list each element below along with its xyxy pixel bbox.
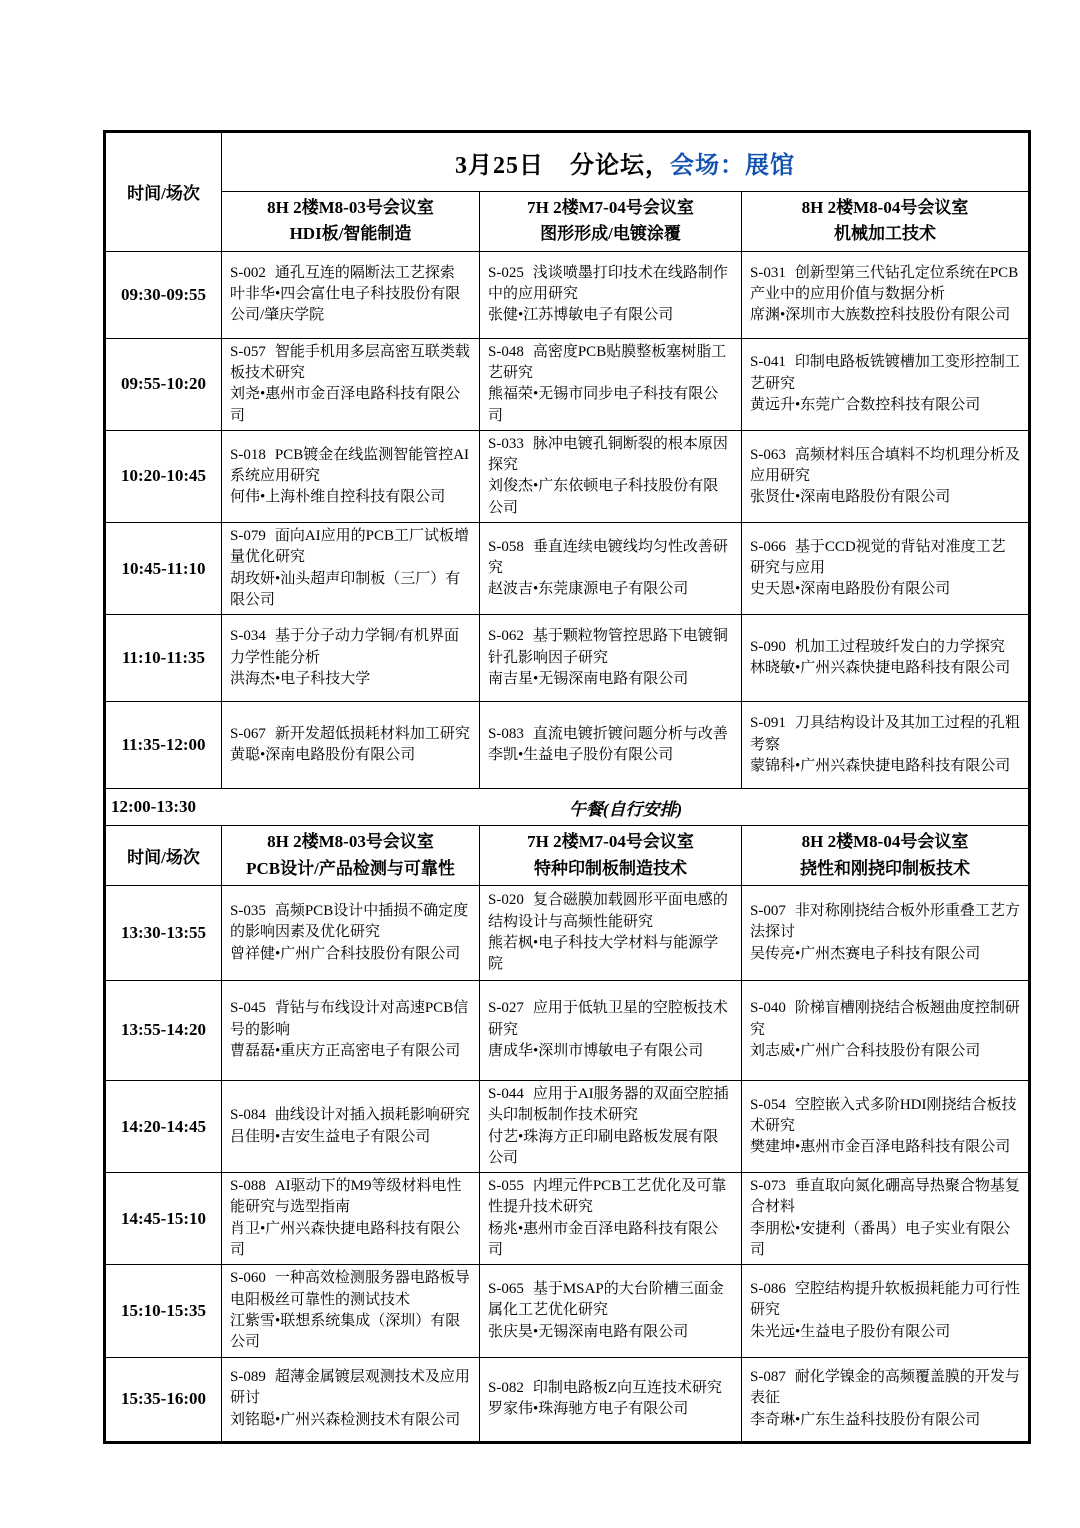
talk-code: S-034 [230, 628, 266, 644]
talk-title: 创新型第三代钻孔定位系统在PCB产业中的应用价值与数据分析 [750, 265, 1018, 302]
title-venue: 会场：展馆 [670, 153, 795, 179]
talk-code: S-090 [750, 639, 786, 655]
talk-speaker: 李奇琳•广东生益科技股份有限公司 [750, 1410, 1020, 1431]
talk-title: 基于CCD视觉的背钻对准度工艺研究与应用 [750, 539, 1006, 576]
talk-title-line: S-031创新型第三代钻孔定位系统在PCB产业中的应用价值与数据分析 [750, 263, 1020, 306]
talk-speaker: 叶非华•四会富仕电子科技股份有限公司/肇庆学院 [230, 284, 471, 327]
room-name: 7H 2楼M7-04号会议室 [488, 195, 733, 221]
talk-title-line: S-033脉冲电镀孔铜断裂的根本原因探究 [488, 434, 733, 477]
talk-title: 应用于AI服务器的双面空腔插头印制板制作技术研究 [488, 1086, 729, 1123]
talk-title: 耐化学镍金的高频覆盖膜的开发与表征 [750, 1369, 1020, 1406]
talk-cell: S-087耐化学镍金的高频覆盖膜的开发与表征 李奇琳•广东生益科技股份有限公司 [742, 1357, 1030, 1442]
talk-title-line: S-040阶梯盲槽刚挠结合板翘曲度控制研究 [750, 998, 1020, 1041]
talk-speaker: 李朋松•安捷利（番禺）电子实业有限公司 [750, 1219, 1020, 1262]
talk-code: S-055 [488, 1178, 524, 1194]
talk-title: 空腔结构提升软板损耗能力可行性研究 [750, 1281, 1020, 1318]
talk-speaker: 林晓敏•广州兴森快捷电路科技有限公司 [750, 658, 1020, 679]
room-topic: PCB设计/产品检测与可靠性 [230, 856, 471, 882]
talk-title-line: S-034基于分子动力学铜/有机界面力学性能分析 [230, 626, 471, 669]
room-header: 8H 2楼M8-03号会议室 PCB设计/产品检测与可靠性 [222, 826, 480, 886]
talk-cell: S-066基于CCD视觉的背钻对准度工艺研究与应用 史天恩•深南电路股份有限公司 [742, 523, 1030, 615]
talk-title: 直流电镀折镀问题分析与改善 [533, 726, 728, 742]
talk-code: S-027 [488, 1000, 524, 1016]
talk-cell: S-040阶梯盲槽刚挠结合板翘曲度控制研究 刘志威•广州广合科技股份有限公司 [742, 980, 1030, 1080]
talk-speaker: 付艺•珠海方正印刷电路板发展有限公司 [488, 1127, 733, 1170]
talk-code: S-002 [230, 265, 266, 281]
talk-title: 垂直取向氮化硼高导热聚合物基复合材料 [750, 1178, 1020, 1215]
talk-title-line: S-020复合磁膜加载圆形平面电感的结构设计与高频性能研究 [488, 890, 733, 933]
title-row: 时间/场次 3月25日分论坛，会场：展馆 [105, 132, 1030, 192]
talk-title-line: S-054空腔嵌入式多阶HDI刚挠结合板技术研究 [750, 1095, 1020, 1138]
talk-cell: S-007非对称刚挠结合板外形重叠工艺方法探讨 吴传亮•广州杰赛电子科技有限公司 [742, 885, 1030, 980]
talk-code: S-065 [488, 1281, 524, 1297]
talk-speaker: 李凯•生益电子股份有限公司 [488, 745, 733, 766]
talk-code: S-058 [488, 539, 524, 555]
schedule-table: 时间/场次 3月25日分论坛，会场：展馆 8H 2楼M8-03号会议室 HDI板… [103, 130, 1031, 1444]
session-row: 14:45-15:10 S-088AI驱动下的M9等级材料电性能研究与选型指南 … [105, 1173, 1030, 1265]
talk-title-line: S-062基于颗粒物管控思路下电镀铜针孔影响因子研究 [488, 626, 733, 669]
talk-speaker: 张健•江苏博敏电子有限公司 [488, 305, 733, 326]
talk-title-line: S-044应用于AI服务器的双面空腔插头印制板制作技术研究 [488, 1084, 733, 1127]
room-topic: HDI板/智能制造 [230, 221, 471, 247]
talk-cell: S-054空腔嵌入式多阶HDI刚挠结合板技术研究 樊建坤•惠州市金百泽电路科技有… [742, 1080, 1030, 1172]
talk-title-line: S-018PCB镀金在线监测智能管控AI系统应用研究 [230, 445, 471, 488]
time-slot: 11:35-12:00 [105, 702, 222, 789]
conference-schedule-page: 时间/场次 3月25日分论坛，会场：展馆 8H 2楼M8-03号会议室 HDI板… [0, 0, 1080, 1528]
talk-code: S-044 [488, 1086, 524, 1102]
talk-speaker: 洪海杰•电子科技大学 [230, 669, 471, 690]
talk-code: S-084 [230, 1107, 266, 1123]
page-title: 3月25日分论坛，会场：展馆 [222, 132, 1030, 192]
time-slot: 14:45-15:10 [105, 1173, 222, 1265]
talk-code: S-083 [488, 726, 524, 742]
talk-title-line: S-087耐化学镍金的高频覆盖膜的开发与表征 [750, 1367, 1020, 1410]
talk-cell: S-082印制电路板Z向互连技术研究 罗家伟•珠海驰方电子有限公司 [480, 1357, 742, 1442]
talk-code: S-073 [750, 1178, 786, 1194]
room-name: 7H 2楼M7-04号会议室 [488, 829, 733, 855]
talk-cell: S-002通孔互连的隔断法工艺探索 叶非华•四会富仕电子科技股份有限公司/肇庆学… [222, 251, 480, 338]
talk-title-line: S-058垂直连续电镀线均匀性改善研究 [488, 537, 733, 580]
talk-code: S-007 [750, 903, 786, 919]
talk-title: 阶梯盲槽刚挠结合板翘曲度控制研究 [750, 1000, 1020, 1037]
talk-speaker: 史天恩•深南电路股份有限公司 [750, 579, 1020, 600]
talk-cell: S-089超薄金属镀层观测技术及应用研讨 刘铭聪•广州兴森检测技术有限公司 [222, 1357, 480, 1442]
session-row: 11:10-11:35 S-034基于分子动力学铜/有机界面力学性能分析 洪海杰… [105, 615, 1030, 702]
talk-title-line: S-065基于MSAP的大台阶槽三面金属化工艺优化研究 [488, 1279, 733, 1322]
talk-speaker: 刘志威•广州广合科技股份有限公司 [750, 1041, 1020, 1062]
talk-cell: S-090机加工过程玻纤发白的力学探究 林晓敏•广州兴森快捷电路科技有限公司 [742, 615, 1030, 702]
talk-speaker: 唐成华•深圳市博敏电子有限公司 [488, 1041, 733, 1062]
time-slot: 10:45-11:10 [105, 523, 222, 615]
time-slot: 09:55-10:20 [105, 338, 222, 430]
lunch-time: 12:00-13:30 [111, 797, 196, 817]
talk-code: S-067 [230, 726, 266, 742]
talk-title: 印制电路板Z向互连技术研究 [533, 1380, 722, 1396]
talk-cell: S-025浅谈喷墨打印技术在线路制作中的应用研究 张健•江苏博敏电子有限公司 [480, 251, 742, 338]
talk-title-line: S-073垂直取向氮化硼高导热聚合物基复合材料 [750, 1176, 1020, 1219]
session-row: 09:55-10:20 S-057智能手机用多层高密互联类载板技术研究 刘尧•惠… [105, 338, 1030, 430]
talk-cell: S-035高频PCB设计中插损不确定度的影响因素及优化研究 曾祥健•广州广合科技… [222, 885, 480, 980]
talk-title-line: S-041印制电路板铣镀槽加工变形控制工艺研究 [750, 352, 1020, 395]
room-topic: 机械加工技术 [750, 221, 1020, 247]
talk-cell: S-018PCB镀金在线监测智能管控AI系统应用研究 何伟•上海朴维自控科技有限… [222, 430, 480, 522]
talk-title: 非对称刚挠结合板外形重叠工艺方法探讨 [750, 903, 1020, 940]
talk-speaker: 吴传亮•广州杰赛电子科技有限公司 [750, 944, 1020, 965]
room-header: 8H 2楼M8-04号会议室 机械加工技术 [742, 192, 1030, 252]
talk-speaker: 熊福荣•无锡市同步电子科技有限公司 [488, 384, 733, 427]
talk-code: S-089 [230, 1369, 266, 1385]
time-slot: 15:35-16:00 [105, 1357, 222, 1442]
section1-header-row: 8H 2楼M8-03号会议室 HDI板/智能制造 7H 2楼M7-04号会议室 … [105, 192, 1030, 252]
talk-cell: S-062基于颗粒物管控思路下电镀铜针孔影响因子研究 南吉星•无锡深南电路有限公… [480, 615, 742, 702]
talk-title-line: S-045背钻与布线设计对高速PCB信号的影响 [230, 998, 471, 1041]
talk-cell: S-034基于分子动力学铜/有机界面力学性能分析 洪海杰•电子科技大学 [222, 615, 480, 702]
talk-title-line: S-090机加工过程玻纤发白的力学探究 [750, 637, 1020, 658]
talk-speaker: 刘俊杰•广东依顿电子科技股份有限公司 [488, 476, 733, 519]
session-row: 14:20-14:45 S-084曲线设计对插入损耗影响研究 吕佳明•吉安生益电… [105, 1080, 1030, 1172]
talk-title-line: S-063高频材料压合填料不均机理分析及应用研究 [750, 445, 1020, 488]
lunch-cell: 12:00-13:30 午餐(自行安排) [105, 789, 1030, 826]
talk-speaker: 席渊•深圳市大族数控科技股份有限公司 [750, 305, 1020, 326]
talk-title-line: S-086空腔结构提升软板损耗能力可行性研究 [750, 1279, 1020, 1322]
talk-speaker: 蒙锦科•广州兴森快捷电路科技有限公司 [750, 756, 1020, 777]
talk-speaker: 黄聪•深南电路股份有限公司 [230, 745, 471, 766]
time-slot: 10:20-10:45 [105, 430, 222, 522]
time-column-header: 时间/场次 [105, 826, 222, 886]
talk-speaker: 樊建坤•惠州市金百泽电路科技有限公司 [750, 1137, 1020, 1158]
talk-speaker: 杨兆•惠州市金百泽电路科技有限公司 [488, 1219, 733, 1262]
talk-title: 曲线设计对插入损耗影响研究 [275, 1107, 470, 1123]
talk-title: 通孔互连的隔断法工艺探索 [275, 265, 455, 281]
talk-cell: S-027应用于低轨卫星的空腔板技术研究 唐成华•深圳市博敏电子有限公司 [480, 980, 742, 1080]
talk-cell: S-083直流电镀折镀问题分析与改善 李凯•生益电子股份有限公司 [480, 702, 742, 789]
session-row: 13:55-14:20 S-045背钻与布线设计对高速PCB信号的影响 曹磊磊•… [105, 980, 1030, 1080]
room-topic: 图形形成/电镀涂覆 [488, 221, 733, 247]
talk-speaker: 刘铭聪•广州兴森检测技术有限公司 [230, 1410, 471, 1431]
talk-code: S-091 [750, 715, 786, 731]
room-name: 8H 2楼M8-03号会议室 [230, 829, 471, 855]
talk-code: S-035 [230, 903, 266, 919]
talk-speaker: 罗家伟•珠海驰方电子有限公司 [488, 1399, 733, 1420]
talk-speaker: 张庆昊•无锡深南电路有限公司 [488, 1322, 733, 1343]
talk-title-line: S-088AI驱动下的M9等级材料电性能研究与选型指南 [230, 1176, 471, 1219]
talk-code: S-088 [230, 1178, 266, 1194]
talk-code: S-020 [488, 892, 524, 908]
talk-code: S-082 [488, 1380, 524, 1396]
talk-code: S-066 [750, 539, 786, 555]
talk-speaker: 南吉星•无锡深南电路有限公司 [488, 669, 733, 690]
talk-cell: S-091刀具结构设计及其加工过程的孔粗考察 蒙锦科•广州兴森快捷电路科技有限公… [742, 702, 1030, 789]
talk-cell: S-033脉冲电镀孔铜断裂的根本原因探究 刘俊杰•广东依顿电子科技股份有限公司 [480, 430, 742, 522]
time-slot: 13:30-13:55 [105, 885, 222, 980]
room-header: 7H 2楼M7-04号会议室 特种印制板制造技术 [480, 826, 742, 886]
talk-cell: S-044应用于AI服务器的双面空腔插头印制板制作技术研究 付艺•珠海方正印刷电… [480, 1080, 742, 1172]
talk-title-line: S-002通孔互连的隔断法工艺探索 [230, 263, 471, 284]
talk-cell: S-060一种高效检测服务器电路板导电阳极丝可靠性的测试技术 江紫雪•联想系统集… [222, 1265, 480, 1357]
talk-speaker: 胡玫妍•汕头超声印制板（三厂）有限公司 [230, 569, 471, 612]
room-header: 7H 2楼M7-04号会议室 图形形成/电镀涂覆 [480, 192, 742, 252]
talk-speaker: 张贤仕•深南电路股份有限公司 [750, 487, 1020, 508]
talk-title-line: S-066基于CCD视觉的背钻对准度工艺研究与应用 [750, 537, 1020, 580]
talk-title-line: S-083直流电镀折镀问题分析与改善 [488, 724, 733, 745]
talk-title-line: S-082印制电路板Z向互连技术研究 [488, 1378, 733, 1399]
talk-cell: S-088AI驱动下的M9等级材料电性能研究与选型指南 肖卫•广州兴森快捷电路科… [222, 1173, 480, 1265]
talk-code: S-086 [750, 1281, 786, 1297]
talk-title: 新开发超低损耗材料加工研究 [275, 726, 470, 742]
talk-speaker: 江紫雪•联想系统集成（深圳）有限公司 [230, 1311, 471, 1354]
talk-speaker: 赵波吉•东莞康源电子有限公司 [488, 579, 733, 600]
talk-code: S-054 [750, 1097, 786, 1113]
talk-title-line: S-057智能手机用多层高密互联类载板技术研究 [230, 342, 471, 385]
talk-cell: S-063高频材料压合填料不均机理分析及应用研究 张贤仕•深南电路股份有限公司 [742, 430, 1030, 522]
talk-title-line: S-084曲线设计对插入损耗影响研究 [230, 1105, 471, 1126]
talk-code: S-033 [488, 436, 524, 452]
talk-cell: S-073垂直取向氮化硼高导热聚合物基复合材料 李朋松•安捷利（番禺）电子实业有… [742, 1173, 1030, 1265]
talk-code: S-031 [750, 265, 786, 281]
talk-title-line: S-007非对称刚挠结合板外形重叠工艺方法探讨 [750, 901, 1020, 944]
talk-cell: S-041印制电路板铣镀槽加工变形控制工艺研究 黄远升•东莞广合数控科技有限公司 [742, 338, 1030, 430]
time-slot: 09:30-09:55 [105, 251, 222, 338]
lunch-row: 12:00-13:30 午餐(自行安排) [105, 789, 1030, 826]
session-row: 10:45-11:10 S-079面向AI应用的PCB工厂试板增量优化研究 胡玫… [105, 523, 1030, 615]
session-row: 15:35-16:00 S-089超薄金属镀层观测技术及应用研讨 刘铭聪•广州兴… [105, 1357, 1030, 1442]
talk-code: S-060 [230, 1270, 266, 1286]
talk-cell: S-084曲线设计对插入损耗影响研究 吕佳明•吉安生益电子有限公司 [222, 1080, 480, 1172]
talk-code: S-045 [230, 1000, 266, 1016]
talk-cell: S-020复合磁膜加载圆形平面电感的结构设计与高频性能研究 熊若枫•电子科技大学… [480, 885, 742, 980]
talk-cell: S-058垂直连续电镀线均匀性改善研究 赵波吉•东莞康源电子有限公司 [480, 523, 742, 615]
talk-speaker: 曹磊磊•重庆方正高密电子有限公司 [230, 1041, 471, 1062]
room-name: 8H 2楼M8-04号会议室 [750, 829, 1020, 855]
time-slot: 11:10-11:35 [105, 615, 222, 702]
talk-title-line: S-055内埋元件PCB工艺优化及可靠性提升技术研究 [488, 1176, 733, 1219]
room-topic: 特种印制板制造技术 [488, 856, 733, 882]
session-row: 15:10-15:35 S-060一种高效检测服务器电路板导电阳极丝可靠性的测试… [105, 1265, 1030, 1357]
talk-cell: S-048高密度PCB贴膜整板塞树脂工艺研究 熊福荣•无锡市同步电子科技有限公司 [480, 338, 742, 430]
talk-code: S-087 [750, 1369, 786, 1385]
session-row: 10:20-10:45 S-018PCB镀金在线监测智能管控AI系统应用研究 何… [105, 430, 1030, 522]
talk-code: S-062 [488, 628, 524, 644]
afternoon-session-rows: 13:30-13:55 S-035高频PCB设计中插损不确定度的影响因素及优化研… [105, 885, 1030, 1442]
talk-code: S-079 [230, 528, 266, 544]
lunch-label: 午餐(自行安排) [114, 795, 1020, 820]
room-name: 8H 2楼M8-03号会议室 [230, 195, 471, 221]
talk-code: S-040 [750, 1000, 786, 1016]
talk-title-line: S-079面向AI应用的PCB工厂试板增量优化研究 [230, 526, 471, 569]
talk-code: S-057 [230, 344, 266, 360]
time-column-header: 时间/场次 [105, 132, 222, 252]
room-name: 8H 2楼M8-04号会议室 [750, 195, 1020, 221]
talk-speaker: 熊若枫•电子科技大学材料与能源学院 [488, 933, 733, 976]
talk-speaker: 吕佳明•吉安生益电子有限公司 [230, 1127, 471, 1148]
time-slot: 14:20-14:45 [105, 1080, 222, 1172]
talk-code: S-041 [750, 354, 786, 370]
section2-header-row: 时间/场次 8H 2楼M8-03号会议室 PCB设计/产品检测与可靠性 7H 2… [105, 826, 1030, 886]
talk-speaker: 朱光远•生益电子股份有限公司 [750, 1322, 1020, 1343]
talk-title-line: S-035高频PCB设计中插损不确定度的影响因素及优化研究 [230, 901, 471, 944]
talk-code: S-063 [750, 447, 786, 463]
talk-cell: S-079面向AI应用的PCB工厂试板增量优化研究 胡玫妍•汕头超声印制板（三厂… [222, 523, 480, 615]
talk-speaker: 肖卫•广州兴森快捷电路科技有限公司 [230, 1219, 471, 1262]
room-header: 8H 2楼M8-04号会议室 挠性和刚挠印制板技术 [742, 826, 1030, 886]
talk-title: 印制电路板铣镀槽加工变形控制工艺研究 [750, 354, 1020, 391]
talk-title: 机加工过程玻纤发白的力学探究 [795, 639, 1005, 655]
talk-cell: S-045背钻与布线设计对高速PCB信号的影响 曹磊磊•重庆方正高密电子有限公司 [222, 980, 480, 1080]
talk-title-line: S-025浅谈喷墨打印技术在线路制作中的应用研究 [488, 263, 733, 306]
talk-title: 空腔嵌入式多阶HDI刚挠结合板技术研究 [750, 1097, 1017, 1134]
time-slot: 15:10-15:35 [105, 1265, 222, 1357]
session-row: 09:30-09:55 S-002通孔互连的隔断法工艺探索 叶非华•四会富仕电子… [105, 251, 1030, 338]
talk-title-line: S-067新开发超低损耗材料加工研究 [230, 724, 471, 745]
talk-speaker: 何伟•上海朴维自控科技有限公司 [230, 487, 471, 508]
room-header: 8H 2楼M8-03号会议室 HDI板/智能制造 [222, 192, 480, 252]
title-date: 3月25日 [455, 153, 544, 179]
talk-cell: S-031创新型第三代钻孔定位系统在PCB产业中的应用价值与数据分析 席渊•深圳… [742, 251, 1030, 338]
talk-title-line: S-089超薄金属镀层观测技术及应用研讨 [230, 1367, 471, 1410]
room-topic: 挠性和刚挠印制板技术 [750, 856, 1020, 882]
morning-session-rows: 09:30-09:55 S-002通孔互连的隔断法工艺探索 叶非华•四会富仕电子… [105, 251, 1030, 789]
session-row: 11:35-12:00 S-067新开发超低损耗材料加工研究 黄聪•深南电路股份… [105, 702, 1030, 789]
talk-title-line: S-091刀具结构设计及其加工过程的孔粗考察 [750, 713, 1020, 756]
talk-cell: S-067新开发超低损耗材料加工研究 黄聪•深南电路股份有限公司 [222, 702, 480, 789]
time-slot: 13:55-14:20 [105, 980, 222, 1080]
session-row: 13:30-13:55 S-035高频PCB设计中插损不确定度的影响因素及优化研… [105, 885, 1030, 980]
talk-code: S-025 [488, 265, 524, 281]
talk-speaker: 刘尧•惠州市金百泽电路科技有限公司 [230, 384, 471, 427]
talk-cell: S-055内埋元件PCB工艺优化及可靠性提升技术研究 杨兆•惠州市金百泽电路科技… [480, 1173, 742, 1265]
talk-code: S-048 [488, 344, 524, 360]
talk-title-line: S-048高密度PCB贴膜整板塞树脂工艺研究 [488, 342, 733, 385]
title-forum: 分论坛， [570, 153, 670, 179]
talk-title: 高频材料压合填料不均机理分析及应用研究 [750, 447, 1020, 484]
talk-code: S-018 [230, 447, 266, 463]
talk-cell: S-057智能手机用多层高密互联类载板技术研究 刘尧•惠州市金百泽电路科技有限公… [222, 338, 480, 430]
talk-cell: S-086空腔结构提升软板损耗能力可行性研究 朱光远•生益电子股份有限公司 [742, 1265, 1030, 1357]
talk-title-line: S-060一种高效检测服务器电路板导电阳极丝可靠性的测试技术 [230, 1268, 471, 1311]
talk-speaker: 黄远升•东莞广合数控科技有限公司 [750, 395, 1020, 416]
talk-title-line: S-027应用于低轨卫星的空腔板技术研究 [488, 998, 733, 1041]
talk-speaker: 曾祥健•广州广合科技股份有限公司 [230, 944, 471, 965]
talk-title: 刀具结构设计及其加工过程的孔粗考察 [750, 715, 1020, 752]
talk-cell: S-065基于MSAP的大台阶槽三面金属化工艺优化研究 张庆昊•无锡深南电路有限… [480, 1265, 742, 1357]
